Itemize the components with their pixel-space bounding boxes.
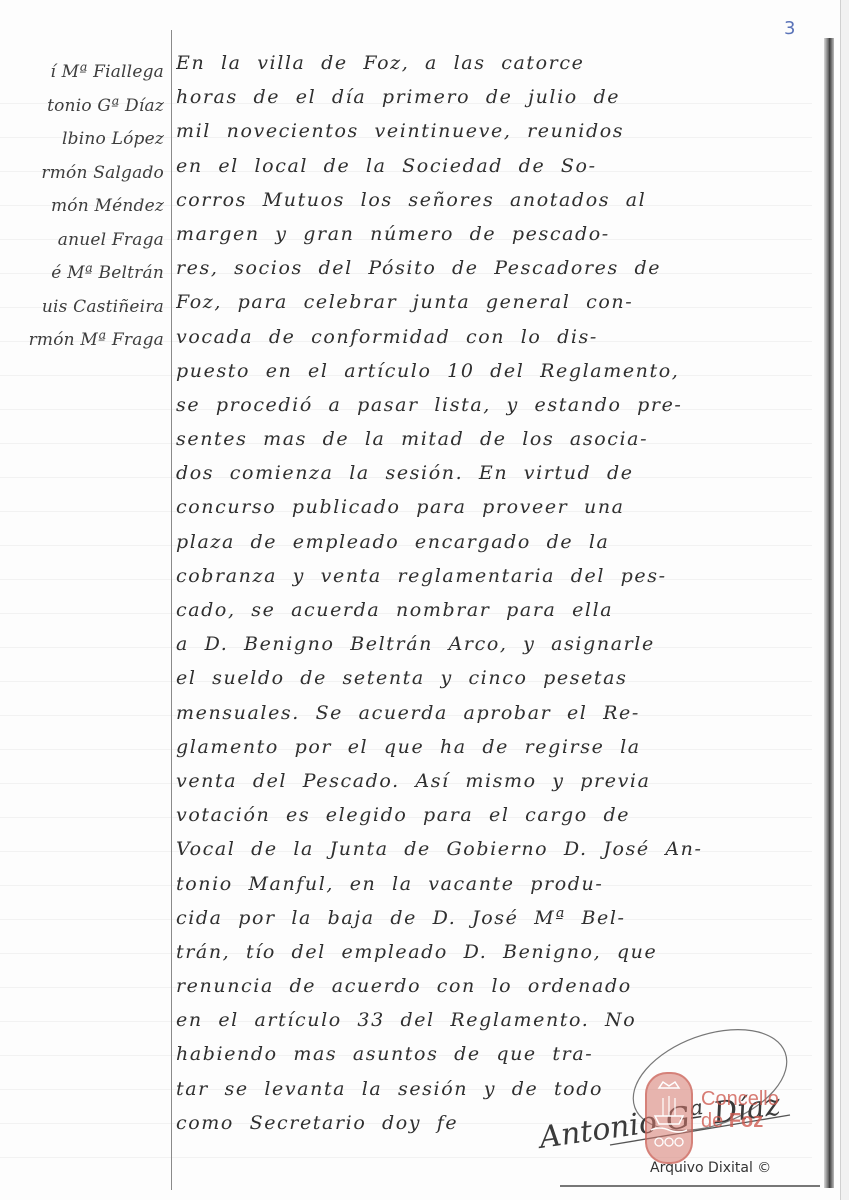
attendee-name: tonio Gª Díaz bbox=[0, 90, 168, 124]
text-line: mensuales. Se acuerda aprobar el Re- bbox=[176, 696, 822, 730]
text-line: dos comienza la sesión. En virtud de bbox=[176, 456, 822, 490]
logo-line-2: de Foz bbox=[701, 1110, 779, 1132]
text-line: renuncia de acuerdo con lo ordenado bbox=[176, 969, 822, 1003]
text-line: tonio Manful, en la vacante produ- bbox=[176, 867, 822, 901]
margin-line bbox=[171, 30, 172, 1190]
text-line: en el local de la Sociedad de So- bbox=[176, 149, 822, 183]
attendee-name: món Méndez bbox=[0, 190, 168, 224]
text-line: puesto en el artículo 10 del Reglamento, bbox=[176, 354, 822, 388]
page-edge bbox=[840, 0, 849, 1200]
text-line: margen y gran número de pescado- bbox=[176, 217, 822, 251]
text-line: Foz, para celebrar junta general con- bbox=[176, 285, 822, 319]
minutes-body: En la villa de Foz, a las catorce horas … bbox=[176, 46, 822, 1140]
text-line: venta del Pescado. Así mismo y previa bbox=[176, 764, 822, 798]
binding-strip bbox=[824, 38, 834, 1188]
text-line: cida por la baja de D. José Mª Bel- bbox=[176, 901, 822, 935]
text-line: horas de el día primero de julio de bbox=[176, 80, 822, 114]
text-line: concurso publicado para proveer una bbox=[176, 490, 822, 524]
text-line: corros Mutuos los señores anotados al bbox=[176, 183, 822, 217]
concello-de-foz-text: Concello de Foz bbox=[701, 1088, 779, 1132]
attendee-name: anuel Fraga bbox=[0, 224, 168, 258]
attendee-margin-list: í Mª Fiallega tonio Gª Díaz lbino López … bbox=[0, 56, 168, 358]
text-line: votación es elegido para el cargo de bbox=[176, 798, 822, 832]
text-line: plaza de empleado encargado de la bbox=[176, 525, 822, 559]
text-line: cobranza y venta reglamentaria del pes- bbox=[176, 559, 822, 593]
text-line: a D. Benigno Beltrán Arco, y asignarle bbox=[176, 627, 822, 661]
archive-copyright-label: Arquivo Dixital © bbox=[650, 1160, 771, 1176]
page-number: 3 bbox=[784, 18, 795, 39]
attendee-name: é Mª Beltrán bbox=[0, 257, 168, 291]
signature-underline bbox=[560, 1185, 820, 1187]
text-line: se procedió a pasar lista, y estando pre… bbox=[176, 388, 822, 422]
logo-line-1: Concello bbox=[701, 1088, 779, 1110]
text-line: glamento por el que ha de regirse la bbox=[176, 730, 822, 764]
text-line: sentes mas de la mitad de los asocia- bbox=[176, 422, 822, 456]
text-line: res, socios del Pósito de Pescadores de bbox=[176, 251, 822, 285]
text-line: vocada de conformidad con lo dis- bbox=[176, 320, 822, 354]
attendee-name: rmón Mª Fraga bbox=[0, 324, 168, 358]
attendee-name: uis Castiñeira bbox=[0, 291, 168, 325]
attendee-name: rmón Salgado bbox=[0, 157, 168, 191]
text-line: el sueldo de setenta y cinco pesetas bbox=[176, 661, 822, 695]
text-line: En la villa de Foz, a las catorce bbox=[176, 46, 822, 80]
concello-de-foz-watermark: Concello de Foz bbox=[645, 1072, 765, 1162]
document-page: 3 í Mª Fiallega tonio Gª Díaz lbino Lópe… bbox=[0, 0, 849, 1200]
attendee-name: í Mª Fiallega bbox=[0, 56, 168, 90]
text-line: trán, tío del empleado D. Benigno, que bbox=[176, 935, 822, 969]
foz-coat-of-arms-icon bbox=[645, 1072, 693, 1164]
attendee-name: lbino López bbox=[0, 123, 168, 157]
text-line: cado, se acuerda nombrar para ella bbox=[176, 593, 822, 627]
text-line: Vocal de la Junta de Gobierno D. José An… bbox=[176, 832, 822, 866]
text-line: mil novecientos veintinueve, reunidos bbox=[176, 114, 822, 148]
